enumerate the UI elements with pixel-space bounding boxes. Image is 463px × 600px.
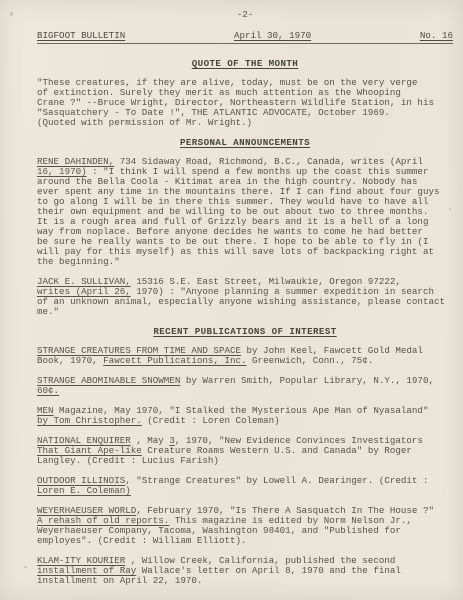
quote-paragraphs: "These creatures, if they are alive, tod… — [37, 78, 453, 128]
paragraph: STRANGE ABOMINABLE SNOWMEN by Warren Smi… — [37, 376, 453, 396]
section-recent-publications: RECENT PUBLICATIONS OF INTEREST STRANGE … — [37, 327, 453, 586]
scan-speck — [24, 566, 27, 568]
paragraph: KLAM-ITY KOURIER , Willow Creek, Califor… — [37, 556, 453, 586]
paragraph: WEYERHAEUSER WORLD, February 1970, "Is T… — [37, 506, 453, 546]
paragraph: RENE DAHINDEN, 734 Sidaway Road, Richmon… — [37, 157, 453, 267]
publication-paragraphs: STRANGE CREATURES FROM TIME AND SPACE by… — [37, 346, 453, 586]
newsletter-title: BIGFOOT BULLETIN — [37, 31, 125, 41]
newsletter-page: -2- BIGFOOT BULLETIN April 30, 1970 No. … — [0, 0, 463, 600]
section-heading-personal: PERSONAL ANNOUNCEMENTS — [37, 138, 453, 148]
masthead: BIGFOOT BULLETIN April 30, 1970 No. 16 — [37, 31, 453, 44]
paragraph: JACK E. SULLIVAN, 15316 S.E. East Street… — [37, 277, 453, 317]
section-heading-quote: QUOTE OF THE MONTH — [37, 59, 453, 69]
section-quote-of-the-month: QUOTE OF THE MONTH "These creatures, if … — [37, 59, 453, 128]
section-personal-announcements: PERSONAL ANNOUNCEMENTS RENE DAHINDEN, 73… — [37, 138, 453, 317]
scan-speck — [449, 208, 451, 210]
paragraph: "These creatures, if they are alive, tod… — [37, 78, 453, 128]
scan-speck — [10, 12, 13, 16]
paragraph: STRANGE CREATURES FROM TIME AND SPACE by… — [37, 346, 453, 366]
paragraph: NATIONAL ENQUIRER , May 3, 1970, "New Ev… — [37, 436, 453, 466]
paragraph: MEN Magazine, May 1970, "I Stalked the M… — [37, 406, 453, 426]
personal-paragraphs: RENE DAHINDEN, 734 Sidaway Road, Richmon… — [37, 157, 453, 317]
page-number: -2- — [37, 10, 453, 20]
issue-date: April 30, 1970 — [234, 31, 311, 41]
paragraph: OUTDOOR ILLINOIS, "Strange Creatures" by… — [37, 476, 453, 496]
issue-number: No. 16 — [420, 31, 453, 41]
section-heading-publications: RECENT PUBLICATIONS OF INTEREST — [37, 327, 453, 337]
